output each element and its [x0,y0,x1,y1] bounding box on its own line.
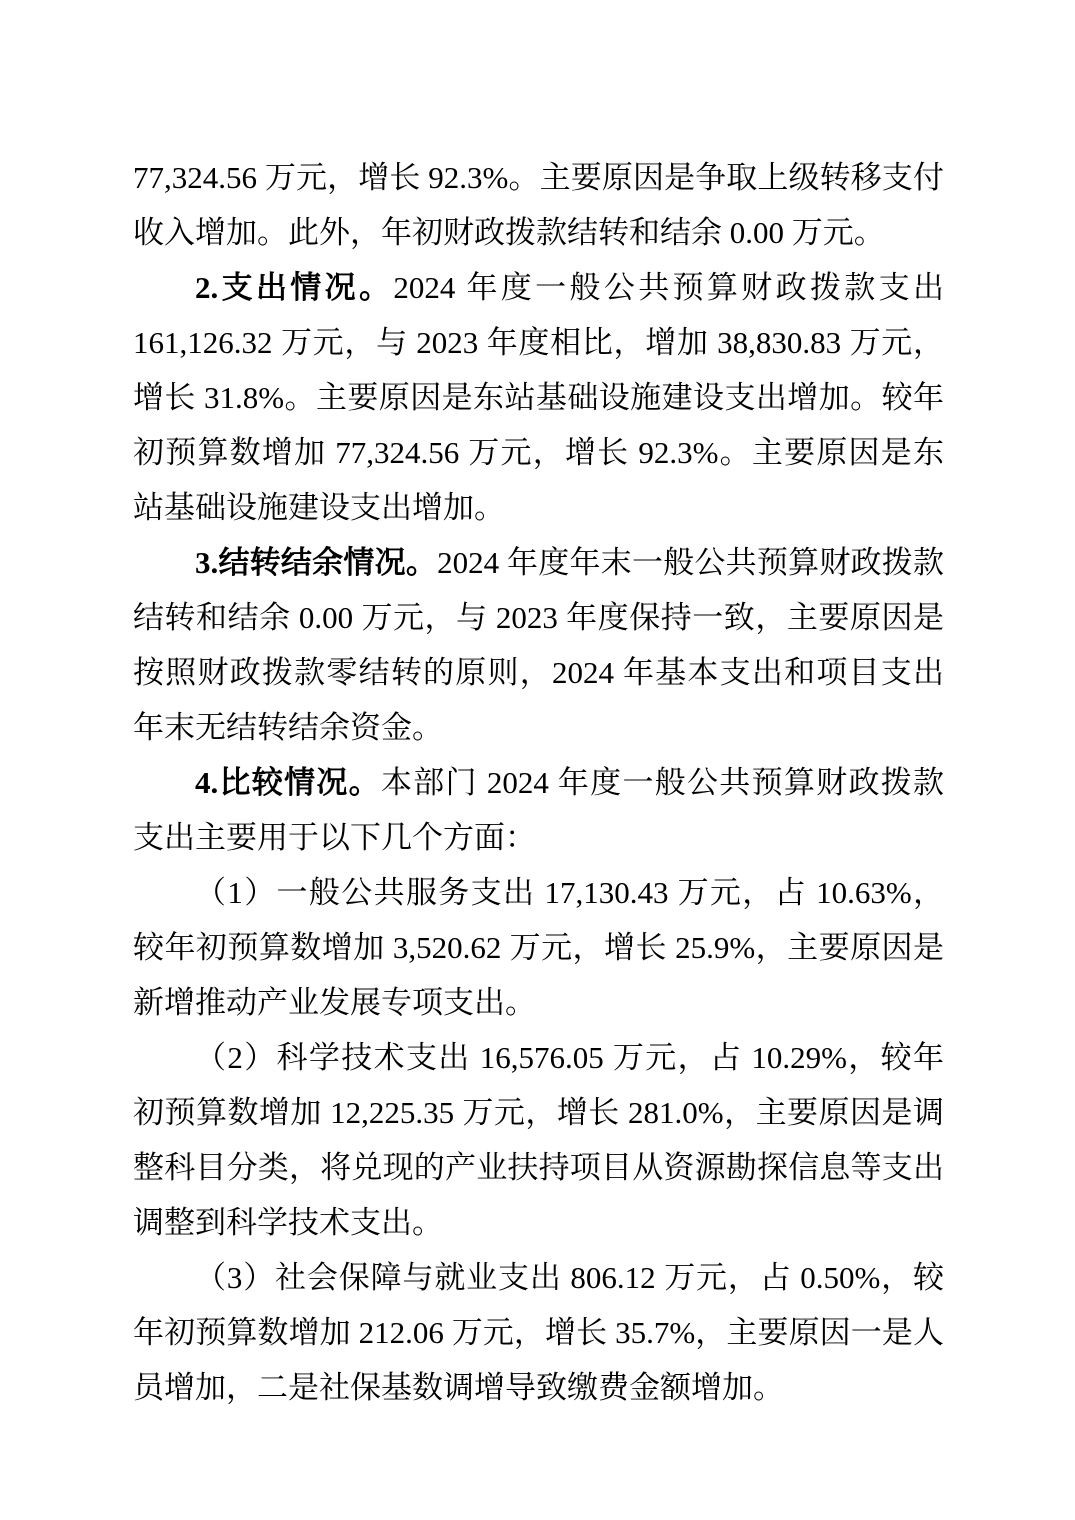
paragraph-text: （2）科学技术支出 16,576.05 万元，占 10.29%，较年初预算数增加… [133,1040,944,1240]
paragraph-expenditure: 2.支出情况。2024 年度一般公共预算财政拨款支出 161,126.32 万元… [133,260,944,535]
paragraph-item-3-social-security-employment: （3）社会保障与就业支出 806.12 万元，占 0.50%，较年初预算数增加 … [133,1250,944,1415]
paragraph-comparison: 4.比较情况。本部门 2024 年度一般公共预算财政拨款支出主要用于以下几个方面… [133,755,944,865]
paragraph-item-1-general-public-services: （1）一般公共服务支出 17,130.43 万元，占 10.63%，较年初预算数… [133,865,944,1030]
document-page: 77,324.56 万元，增长 92.3%。主要原因是争取上级转移支付收入增加。… [0,0,1075,1520]
paragraph-text: 77,324.56 万元，增长 92.3%。主要原因是争取上级转移支付收入增加。… [133,160,944,250]
paragraph-heading: 3.结转结余情况。 [195,545,437,580]
paragraph-carryover: 3.结转结余情况。2024 年度年末一般公共预算财政拨款结转和结余 0.00 万… [133,535,944,755]
paragraph-heading: 2.支出情况。 [195,270,393,305]
paragraph-item-2-science-technology: （2）科学技术支出 16,576.05 万元，占 10.29%，较年初预算数增加… [133,1030,944,1250]
paragraph-income-continuation: 77,324.56 万元，增长 92.3%。主要原因是争取上级转移支付收入增加。… [133,150,944,260]
paragraph-heading: 4.比较情况。 [195,765,381,800]
paragraph-text: （1）一般公共服务支出 17,130.43 万元，占 10.63%，较年初预算数… [133,875,944,1020]
paragraph-text: 2024 年度一般公共预算财政拨款支出 161,126.32 万元，与 2023… [133,270,944,525]
paragraph-text: （3）社会保障与就业支出 806.12 万元，占 0.50%，较年初预算数增加 … [133,1260,944,1405]
